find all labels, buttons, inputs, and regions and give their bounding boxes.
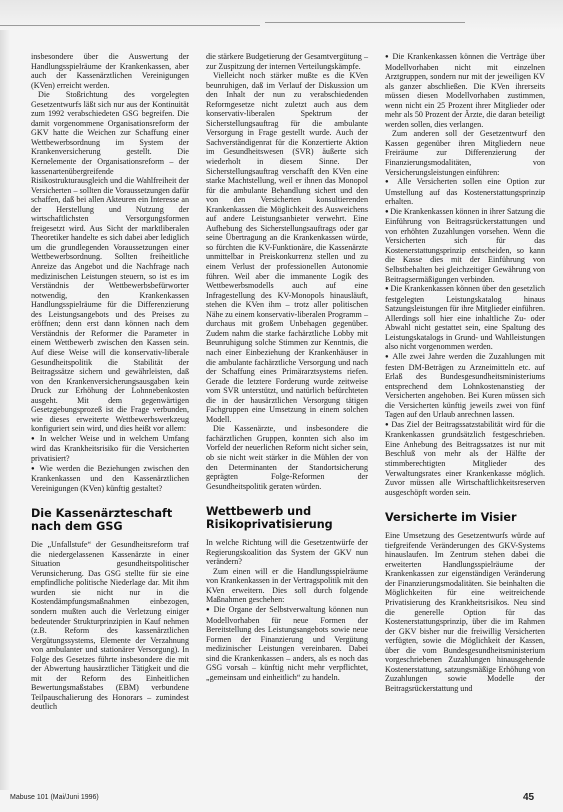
- bullet-paragraph: Die Organe der Selbstverwaltung können n…: [206, 605, 368, 682]
- paragraph: insbesondere über die Auswertung der Han…: [31, 52, 189, 90]
- paragraph: Vielleicht noch stärker mußte es die KVe…: [206, 71, 368, 424]
- paragraph: Die Stoßrichtung des vorgelegten Gesetze…: [31, 90, 189, 434]
- heading-kassenaerzteschaft: Die Kassenärzteschaft nach dem GSG: [31, 507, 189, 533]
- bullet-paragraph: Das Ziel der Beitragssatzstabilität wird…: [385, 420, 545, 497]
- paragraph: Die Kassenärzte, und insbesondere die fa…: [206, 424, 368, 491]
- left-column: insbesondere über die Auswertung der Han…: [31, 52, 189, 712]
- bullet-paragraph: Die Krankenkassen können in ihrer Satzun…: [385, 207, 545, 284]
- bullet-paragraph: Alle zwei Jahre werden die Zuzahlungen m…: [385, 352, 545, 420]
- bullet-paragraph: Die Krankenkassen können über den gesetz…: [385, 284, 545, 352]
- heading-wettbewerb: Wettbewerb und Risikoprivatisierung: [206, 505, 368, 531]
- footer-journal: Mabuse 101 (Mai/Juni 1996): [10, 794, 99, 801]
- left-paragraphs-after: Die „Unfallstufe“ der Gesundheitsreform …: [31, 540, 189, 712]
- bullet-paragraph: In welcher Weise und in welchem Umfang w…: [31, 434, 189, 464]
- left-paragraphs: insbesondere über die Auswertung der Han…: [31, 52, 189, 493]
- bullet-paragraph: Wie werden die Beziehungen zwischen den …: [31, 464, 189, 494]
- right-paragraphs: Die Krankenkassen können die Verträge üb…: [385, 52, 545, 497]
- paragraph: Zum einen will er die Handlungsspielräum…: [206, 567, 368, 605]
- middle-paragraphs-after: In welche Richtung will die Gesetzentwür…: [206, 538, 368, 682]
- top-rule-right: [265, 22, 465, 23]
- right-paragraphs-after: Eine Umsetzung des Gesetzentwurfs würde …: [385, 531, 545, 693]
- paragraph: In welche Richtung will die Gesetzentwür…: [206, 538, 368, 567]
- paragraph: Eine Umsetzung des Gesetzentwurfs würde …: [385, 531, 545, 693]
- paragraph: Die „Unfallstufe“ der Gesundheitsreform …: [31, 540, 189, 712]
- page-number: 45: [523, 792, 534, 803]
- heading-versicherte: Versicherte im Visier: [385, 511, 545, 524]
- scan-edge: [0, 30, 10, 790]
- middle-paragraphs: die stärkere Budgetierung der Gesamtverg…: [206, 52, 368, 491]
- right-column: Die Krankenkassen können die Verträge üb…: [385, 52, 545, 693]
- bullet-paragraph: Alle Versicherten sollen eine Option zur…: [385, 177, 545, 207]
- bullet-paragraph: Die Krankenkassen können die Verträge üb…: [385, 52, 545, 129]
- top-rule-left: [0, 25, 260, 26]
- paragraph: Zum anderen soll der Gesetzentwurf den K…: [385, 129, 545, 177]
- paragraph: die stärkere Budgetierung der Gesamtverg…: [206, 52, 368, 71]
- middle-column: die stärkere Budgetierung der Gesamtverg…: [206, 52, 368, 682]
